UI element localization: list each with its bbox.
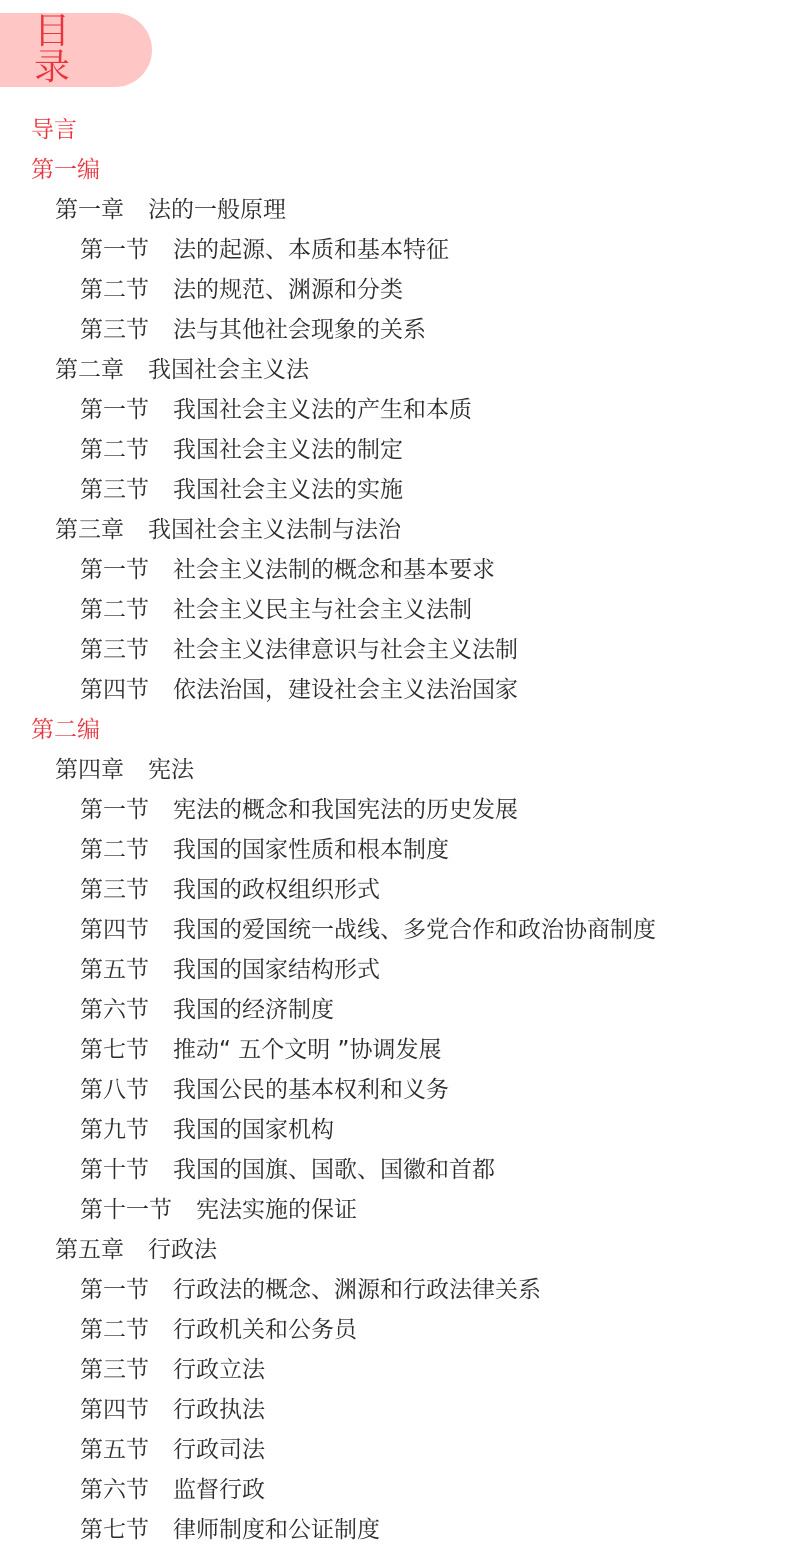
- toc-item-title: 推动“ 五个文明 ”协调发展: [173, 1037, 441, 1063]
- toc-item-title: 我国的国旗、国歌、国徽和首都: [173, 1157, 495, 1183]
- toc-item-label: 第一编: [31, 150, 100, 190]
- toc-section-item[interactable]: 第四节我国的爱国统一战线、多党合作和政治协商制度: [0, 910, 790, 950]
- toc-section-item[interactable]: 第二节我国社会主义法的制定: [0, 430, 790, 470]
- toc-item-label: 第九节: [80, 1110, 149, 1150]
- toc-section-item[interactable]: 第六节我国的经济制度: [0, 990, 790, 1030]
- toc-item-title: 我国公民的基本权利和义务: [173, 1077, 449, 1103]
- toc-item-label: 第十节: [80, 1150, 149, 1190]
- toc-item-title: 我国的经济制度: [173, 997, 334, 1023]
- toc-section-item[interactable]: 第二节法的规范、渊源和分类: [0, 270, 790, 310]
- toc-item-title: 我国的政权组织形式: [173, 877, 380, 903]
- toc-title: 目 录: [34, 14, 152, 86]
- toc-title-badge: 目 录: [0, 13, 152, 87]
- toc-item-label: 第八节: [80, 1070, 149, 1110]
- toc-item-title: 法的一般原理: [148, 197, 286, 223]
- toc-item-label: 第二节: [80, 270, 149, 310]
- toc-item-title: 宪法实施的保证: [196, 1197, 357, 1223]
- toc-item-label: 第二节: [80, 430, 149, 470]
- toc-section-item[interactable]: 第三节我国的政权组织形式: [0, 870, 790, 910]
- toc-section-item[interactable]: 第五节我国的国家结构形式: [0, 950, 790, 990]
- toc-item-title: 法与其他社会现象的关系: [173, 317, 426, 343]
- toc-item-title: 宪法的概念和我国宪法的历史发展: [173, 797, 518, 823]
- toc-item-title: 法的规范、渊源和分类: [173, 277, 403, 303]
- toc-section-item[interactable]: 第三节行政立法: [0, 1350, 790, 1390]
- toc-item-label: 第三节: [80, 470, 149, 510]
- toc-item-label: 第二节: [80, 1310, 149, 1350]
- toc-item-label: 第四节: [80, 910, 149, 950]
- toc-item-label: 第一节: [80, 1270, 149, 1310]
- toc-item-label: 第三节: [80, 1350, 149, 1390]
- toc-item-title: 监督行政: [173, 1477, 265, 1503]
- toc-section-item[interactable]: 第三节社会主义法律意识与社会主义法制: [0, 630, 790, 670]
- toc-item-label: 第五节: [80, 1430, 149, 1470]
- table-of-contents: 导言第一编第一章法的一般原理第一节法的起源、本质和基本特征第二节法的规范、渊源和…: [0, 110, 790, 1550]
- toc-item-title: 行政立法: [173, 1357, 265, 1383]
- toc-section-item[interactable]: 第四节依法治国，建设社会主义法治国家: [0, 670, 790, 710]
- toc-chapter-item[interactable]: 第三章我国社会主义法制与法治: [0, 510, 790, 550]
- toc-item-title: 社会主义民主与社会主义法制: [173, 597, 472, 623]
- toc-item-title: 我国社会主义法: [148, 357, 309, 383]
- toc-item-title: 行政执法: [173, 1397, 265, 1423]
- toc-item-label: 第二章: [55, 350, 124, 390]
- toc-item-label: 第四节: [80, 1390, 149, 1430]
- toc-item-label: 第一节: [80, 390, 149, 430]
- toc-section-item[interactable]: 第六节监督行政: [0, 1470, 790, 1510]
- toc-item-label: 第一节: [80, 790, 149, 830]
- toc-item-label: 第三节: [80, 310, 149, 350]
- toc-part-item[interactable]: 第一编: [0, 150, 790, 190]
- toc-item-label: 第七节: [80, 1510, 149, 1550]
- toc-part-item[interactable]: 导言: [0, 110, 790, 150]
- toc-item-label: 第五节: [80, 950, 149, 990]
- toc-item-title: 我国的国家机构: [173, 1117, 334, 1143]
- toc-section-item[interactable]: 第二节社会主义民主与社会主义法制: [0, 590, 790, 630]
- toc-item-label: 第六节: [80, 1470, 149, 1510]
- toc-item-label: 第三节: [80, 870, 149, 910]
- toc-section-item[interactable]: 第七节推动“ 五个文明 ”协调发展: [0, 1030, 790, 1070]
- toc-chapter-item[interactable]: 第一章法的一般原理: [0, 190, 790, 230]
- toc-item-label: 第二节: [80, 590, 149, 630]
- toc-item-label: 第七节: [80, 1030, 149, 1070]
- toc-item-title: 我国社会主义法的产生和本质: [173, 397, 472, 423]
- toc-item-title: 我国的爱国统一战线、多党合作和政治协商制度: [173, 917, 656, 943]
- toc-item-label: 第三章: [55, 510, 124, 550]
- toc-section-item[interactable]: 第二节我国的国家性质和根本制度: [0, 830, 790, 870]
- toc-item-label: 第一节: [80, 550, 149, 590]
- toc-chapter-item[interactable]: 第五章行政法: [0, 1230, 790, 1270]
- toc-item-label: 第一节: [80, 230, 149, 270]
- toc-chapter-item[interactable]: 第四章宪法: [0, 750, 790, 790]
- toc-item-label: 第十一节: [80, 1190, 172, 1230]
- toc-section-item[interactable]: 第一节宪法的概念和我国宪法的历史发展: [0, 790, 790, 830]
- toc-item-title: 依法治国，建设社会主义法治国家: [173, 677, 518, 703]
- toc-section-item[interactable]: 第三节法与其他社会现象的关系: [0, 310, 790, 350]
- toc-item-label: 第二节: [80, 830, 149, 870]
- toc-item-title: 社会主义法制的概念和基本要求: [173, 557, 495, 583]
- toc-item-title: 行政法的概念、渊源和行政法律关系: [173, 1277, 541, 1303]
- toc-chapter-item[interactable]: 第二章我国社会主义法: [0, 350, 790, 390]
- toc-item-title: 我国社会主义法的制定: [173, 437, 403, 463]
- toc-item-label: 第四节: [80, 670, 149, 710]
- toc-item-label: 第五章: [55, 1230, 124, 1270]
- toc-section-item[interactable]: 第四节行政执法: [0, 1390, 790, 1430]
- toc-item-label: 第一章: [55, 190, 124, 230]
- toc-section-item[interactable]: 第二节行政机关和公务员: [0, 1310, 790, 1350]
- toc-section-item[interactable]: 第一节社会主义法制的概念和基本要求: [0, 550, 790, 590]
- toc-item-label: 第四章: [55, 750, 124, 790]
- toc-item-title: 法的起源、本质和基本特征: [173, 237, 449, 263]
- toc-section-item[interactable]: 第八节我国公民的基本权利和义务: [0, 1070, 790, 1110]
- toc-item-title: 行政机关和公务员: [173, 1317, 357, 1343]
- toc-section-item[interactable]: 第一节法的起源、本质和基本特征: [0, 230, 790, 270]
- toc-item-title: 我国的国家性质和根本制度: [173, 837, 449, 863]
- toc-section-item[interactable]: 第一节我国社会主义法的产生和本质: [0, 390, 790, 430]
- toc-item-title: 行政司法: [173, 1437, 265, 1463]
- toc-item-label: 第六节: [80, 990, 149, 1030]
- toc-item-title: 宪法: [148, 757, 194, 783]
- toc-section-item[interactable]: 第七节律师制度和公证制度: [0, 1510, 790, 1550]
- toc-section-item[interactable]: 第三节我国社会主义法的实施: [0, 470, 790, 510]
- toc-section-item[interactable]: 第十节我国的国旗、国歌、国徽和首都: [0, 1150, 790, 1190]
- toc-item-label: 第三节: [80, 630, 149, 670]
- toc-section-item[interactable]: 第一节行政法的概念、渊源和行政法律关系: [0, 1270, 790, 1310]
- toc-section-item[interactable]: 第九节我国的国家机构: [0, 1110, 790, 1150]
- toc-item-label: 导言: [31, 110, 77, 150]
- toc-section-item[interactable]: 第十一节宪法实施的保证: [0, 1190, 790, 1230]
- toc-item-title: 社会主义法律意识与社会主义法制: [173, 637, 518, 663]
- toc-part-item[interactable]: 第二编: [0, 710, 790, 750]
- toc-item-title: 我国社会主义法制与法治: [148, 517, 401, 543]
- toc-item-title: 我国社会主义法的实施: [173, 477, 403, 503]
- toc-item-title: 律师制度和公证制度: [173, 1517, 380, 1543]
- toc-item-title: 我国的国家结构形式: [173, 957, 380, 983]
- toc-item-title: 行政法: [148, 1237, 217, 1263]
- toc-item-label: 第二编: [31, 710, 100, 750]
- toc-section-item[interactable]: 第五节行政司法: [0, 1430, 790, 1470]
